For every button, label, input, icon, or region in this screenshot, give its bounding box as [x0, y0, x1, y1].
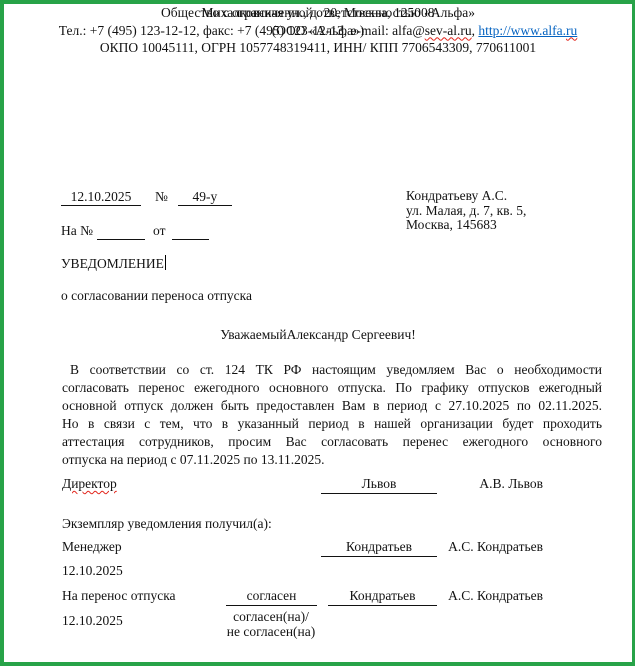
- body-paragraph: В соответствии со ст. 124 ТК РФ настоящи…: [62, 361, 602, 469]
- director-position-label: Директор: [62, 476, 117, 492]
- copy-received-label: Экземпляр уведомления получил(а):: [62, 516, 272, 532]
- addressee-block: Кондратьеву А.С. ул. Малая, д. 7, кв. 5,…: [406, 189, 526, 233]
- manager-signature: Кондратьев: [346, 539, 412, 554]
- reply-from-label: от: [153, 223, 165, 238]
- org-address: Михалковская ул., д. 20, Москва, 125008: [4, 4, 632, 22]
- body-line: Но в связи с тем, что в указанный период…: [62, 415, 602, 433]
- manager-signature-line: Кондратьев: [321, 539, 437, 557]
- consent-hint-line1: согласен(на)/: [201, 610, 341, 625]
- consent-decision-line: согласен: [226, 588, 317, 606]
- body-line: В соответствии со ст. 124 ТК РФ настоящи…: [62, 361, 602, 379]
- body-line: основной отпуск должен быть предоставлен…: [62, 397, 602, 415]
- greeting-line: УважаемыйАлександр Сергеевич!: [4, 327, 632, 343]
- url-spellcheck-flag[interactable]: ru: [566, 23, 577, 38]
- manager-name: А.С. Кондратьев: [448, 539, 543, 555]
- addressee-city: Москва, 145683: [406, 218, 526, 233]
- addressee-name: Кондратьеву А.С.: [406, 189, 526, 204]
- body-line: отпуска на период с 07.11.2025 по 13.11.…: [62, 451, 602, 469]
- manager-position-label: Менеджер: [62, 539, 122, 555]
- reply-label: На №: [61, 223, 93, 238]
- doc-title: УВЕДОМЛЕНИЕ: [61, 256, 164, 271]
- website-link[interactable]: http://www.alfa.ru: [478, 23, 577, 38]
- manager-date: 12.10.2025: [62, 563, 123, 579]
- addressee-street: ул. Малая, д. 7, кв. 5,: [406, 204, 526, 219]
- letterhead-contact-block: Михалковская ул., д. 20, Москва, 125008 …: [4, 4, 632, 57]
- org-registration: ОКПО 10045111, ОГРН 1057748319411, ИНН/ …: [4, 39, 632, 57]
- email-text: alfa@sev-al.ru: [392, 23, 472, 38]
- director-name: А.В. Львов: [479, 476, 543, 492]
- director-signature-line: Львов: [321, 476, 437, 494]
- number-sign: №: [155, 189, 168, 204]
- consent-signature-line: Кондратьев: [328, 588, 437, 606]
- body-line: аттестация сотрудников, просим Вас согла…: [62, 433, 602, 451]
- body-line: согласовать перенос ежегодного основного…: [62, 379, 602, 397]
- consent-label: На перенос отпуска: [62, 588, 176, 604]
- consent-date: 12.10.2025: [62, 613, 123, 629]
- consent-hint-line2: не согласен(на): [201, 625, 341, 640]
- doc-number-field: 49-у: [178, 189, 232, 206]
- reference-row: 12.10.2025№49-у: [61, 189, 232, 206]
- doc-subtitle: о согласовании переноса отпуска: [61, 288, 252, 304]
- consent-hint: согласен(на)/ не согласен(на): [201, 610, 341, 639]
- consent-signature: Кондратьев: [350, 588, 416, 603]
- consent-decision: согласен: [247, 588, 297, 603]
- director-signature: Львов: [362, 476, 397, 491]
- reply-reference-row: На №от: [61, 223, 209, 240]
- doc-date-field: 12.10.2025: [61, 189, 141, 206]
- email-spellcheck-flag: sev-al.ru: [425, 23, 472, 38]
- org-contacts-line: Тел.: +7 (495) 123-12-12, факс: +7 (495)…: [4, 22, 632, 40]
- reply-date-blank: [172, 223, 209, 240]
- doc-title-row: УВЕДОМЛЕНИЕ: [61, 255, 166, 272]
- reply-number-blank: [97, 223, 145, 240]
- document-canvas[interactable]: Общество с ограниченной ответственностью…: [0, 0, 635, 666]
- phone-fax-text: Тел.: +7 (495) 123-12-12, факс: +7 (495)…: [59, 23, 392, 38]
- text-cursor: [165, 255, 166, 270]
- consent-name: А.С. Кондратьев: [448, 588, 543, 604]
